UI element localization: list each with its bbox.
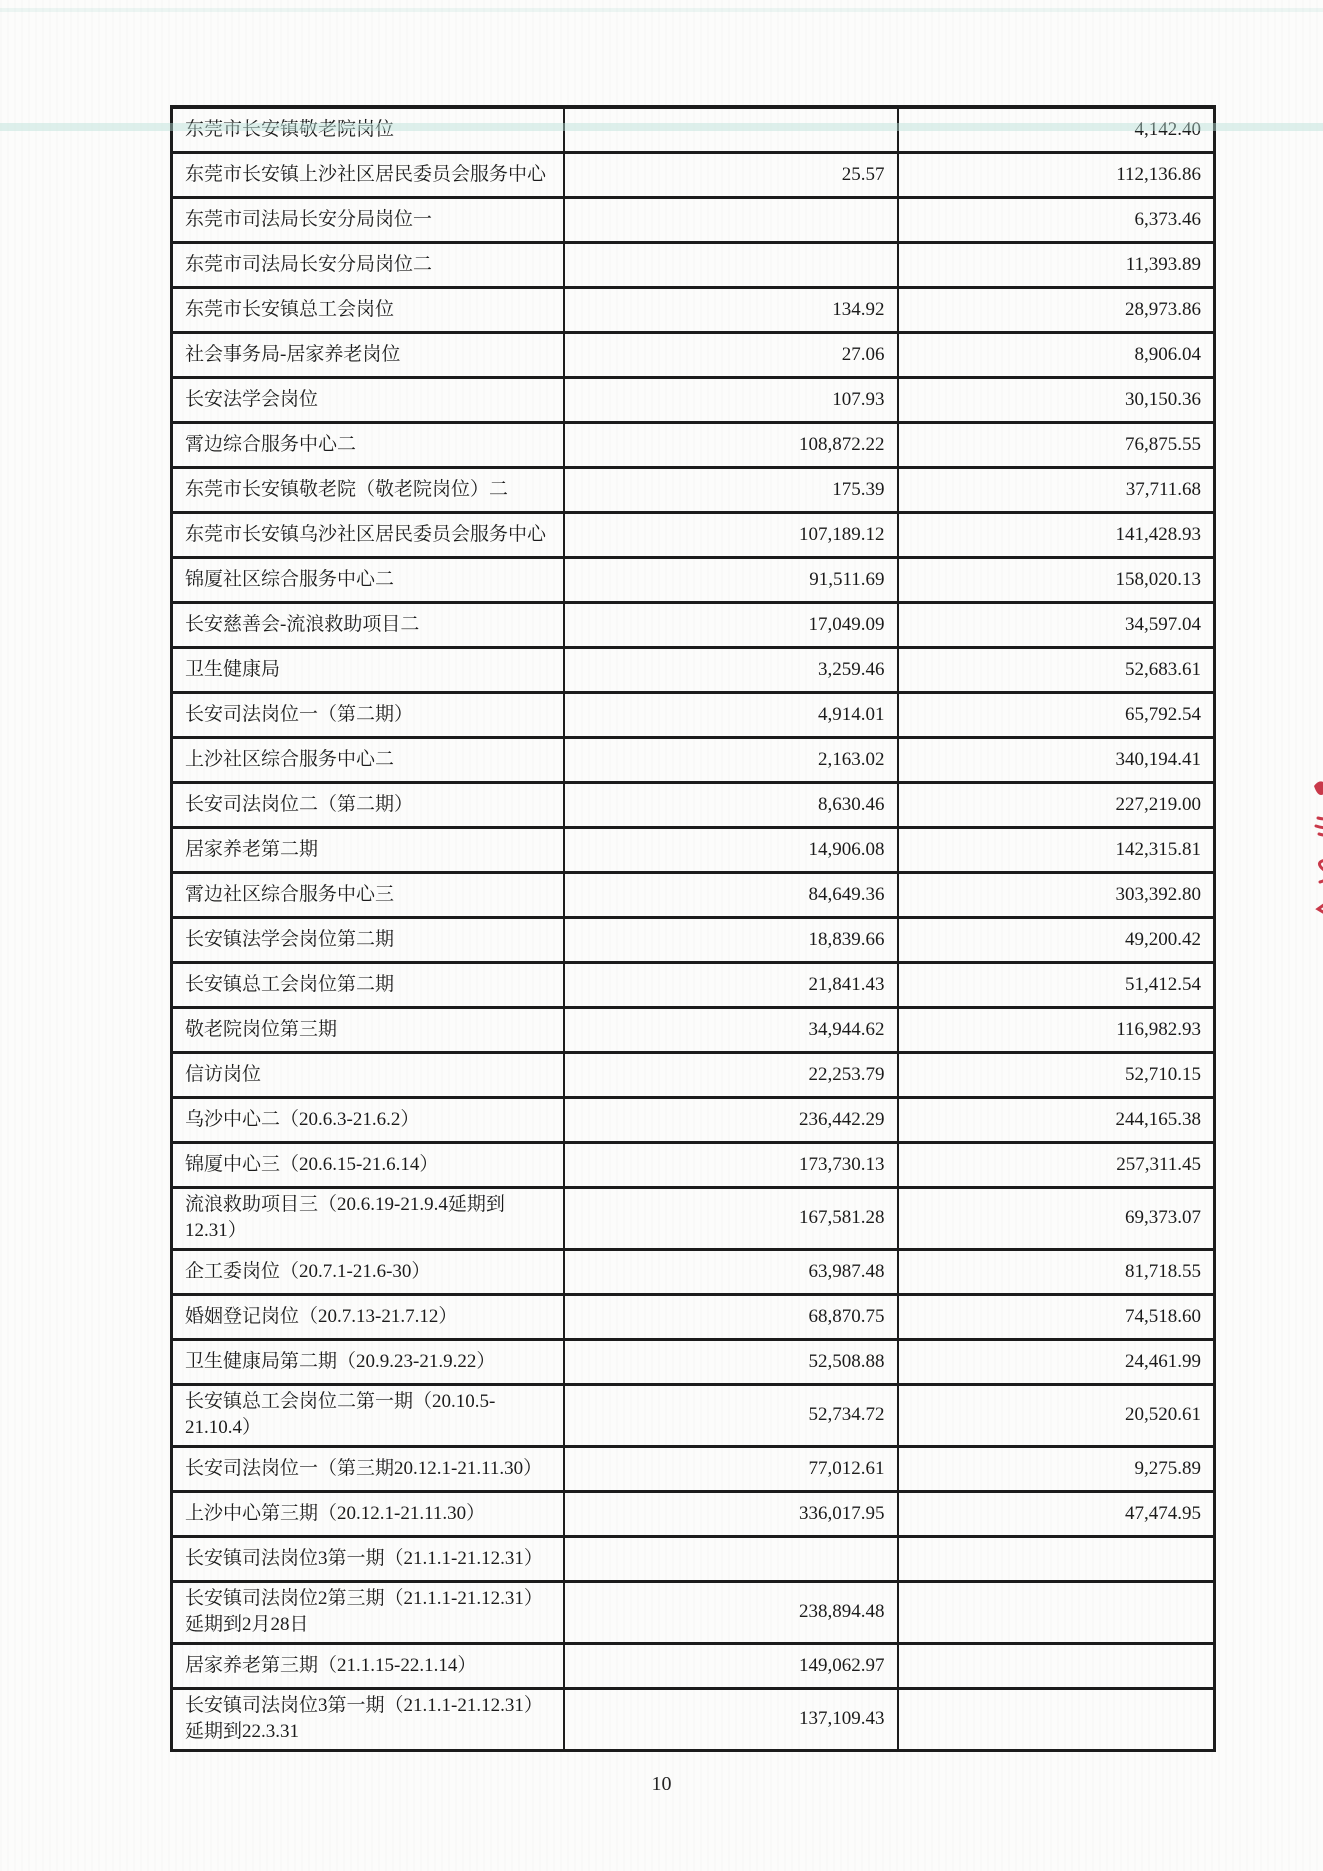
project-name-cell: 居家养老第三期（21.1.15-22.1.14） (172, 1643, 564, 1688)
amount-cell-1: 107,189.12 (564, 512, 898, 557)
table-row: 长安镇总工会岗位二第一期（20.10.5-21.10.4）52,734.7220… (172, 1384, 1215, 1446)
amount-cell-1: 27.06 (564, 332, 898, 377)
amount-cell-1: 17,049.09 (564, 602, 898, 647)
amount-cell-2: 244,165.38 (898, 1097, 1215, 1142)
amount-cell-2: 47,474.95 (898, 1491, 1215, 1536)
project-name-cell: 卫生健康局第二期（20.9.23-21.9.22） (172, 1339, 564, 1384)
page-number: 10 (0, 1773, 1323, 1796)
amount-cell-2: 4,142.40 (898, 107, 1215, 152)
project-name-cell: 乌沙中心二（20.6.3-21.6.2） (172, 1097, 564, 1142)
table-row: 霄边社区综合服务中心三84,649.36303,392.80 (172, 872, 1215, 917)
amount-cell-1: 175.39 (564, 467, 898, 512)
amount-cell-1: 4,914.01 (564, 692, 898, 737)
project-name-cell: 霄边综合服务中心二 (172, 422, 564, 467)
table-row: 居家养老第二期14,906.08142,315.81 (172, 827, 1215, 872)
amount-cell-2: 52,683.61 (898, 647, 1215, 692)
amount-cell-2: 11,393.89 (898, 242, 1215, 287)
project-name-cell: 东莞市长安镇乌沙社区居民委员会服务中心 (172, 512, 564, 557)
amount-cell-1: 238,894.48 (564, 1581, 898, 1643)
project-name-cell: 锦厦社区综合服务中心二 (172, 557, 564, 602)
amount-cell-1: 107.93 (564, 377, 898, 422)
project-name-cell: 长安司法岗位一（第二期） (172, 692, 564, 737)
table-row: 东莞市长安镇敬老院（敬老院岗位）二175.3937,711.68 (172, 467, 1215, 512)
amount-cell-2: 51,412.54 (898, 962, 1215, 1007)
amount-cell-2: 116,982.93 (898, 1007, 1215, 1052)
project-name-cell: 长安司法岗位一（第三期20.12.1-21.11.30） (172, 1446, 564, 1491)
table-row: 长安镇法学会岗位第二期18,839.6649,200.42 (172, 917, 1215, 962)
amount-cell-1: 22,253.79 (564, 1052, 898, 1097)
project-name-cell: 长安司法岗位二（第二期） (172, 782, 564, 827)
table-row: 乌沙中心二（20.6.3-21.6.2）236,442.29244,165.38 (172, 1097, 1215, 1142)
amount-cell-1: 18,839.66 (564, 917, 898, 962)
project-name-cell: 长安镇司法岗位3第一期（21.1.1-21.12.31）延期到22.3.31 (172, 1688, 564, 1750)
table-row: 东莞市长安镇乌沙社区居民委员会服务中心107,189.12141,428.93 (172, 512, 1215, 557)
project-name-cell: 卫生健康局 (172, 647, 564, 692)
table-row: 流浪救助项目三（20.6.19-21.9.4延期到12.31）167,581.2… (172, 1187, 1215, 1249)
table-row: 东莞市司法局长安分局岗位一6,373.46 (172, 197, 1215, 242)
amount-cell-2: 81,718.55 (898, 1249, 1215, 1294)
amount-cell-2: 69,373.07 (898, 1187, 1215, 1249)
amount-cell-1: 77,012.61 (564, 1446, 898, 1491)
amount-cell-2: 142,315.81 (898, 827, 1215, 872)
amount-cell-2 (898, 1643, 1215, 1688)
project-name-cell: 流浪救助项目三（20.6.19-21.9.4延期到12.31） (172, 1187, 564, 1249)
project-name-cell: 长安慈善会-流浪救助项目二 (172, 602, 564, 647)
amount-cell-1: 84,649.36 (564, 872, 898, 917)
amount-cell-1: 2,163.02 (564, 737, 898, 782)
table-row: 锦厦社区综合服务中心二91,511.69158,020.13 (172, 557, 1215, 602)
amount-cell-1: 91,511.69 (564, 557, 898, 602)
amount-cell-1: 8,630.46 (564, 782, 898, 827)
project-name-cell: 上沙社区综合服务中心二 (172, 737, 564, 782)
table-row: 东莞市司法局长安分局岗位二11,393.89 (172, 242, 1215, 287)
table-row: 婚姻登记岗位（20.7.13-21.7.12）68,870.7574,518.6… (172, 1294, 1215, 1339)
table-row: 长安镇司法岗位3第一期（21.1.1-21.12.31） (172, 1536, 1215, 1581)
amount-cell-2: 37,711.68 (898, 467, 1215, 512)
amount-cell-1: 3,259.46 (564, 647, 898, 692)
amount-cell-1: 21,841.43 (564, 962, 898, 1007)
project-name-cell: 企工委岗位（20.7.1-21.6-30） (172, 1249, 564, 1294)
funding-table: 东莞市长安镇敬老院岗位4,142.40东莞市长安镇上沙社区居民委员会服务中心25… (170, 105, 1216, 1752)
amount-cell-2: 20,520.61 (898, 1384, 1215, 1446)
project-name-cell: 敬老院岗位第三期 (172, 1007, 564, 1052)
table-row: 长安司法岗位一（第三期20.12.1-21.11.30）77,012.619,2… (172, 1446, 1215, 1491)
amount-cell-2: 52,710.15 (898, 1052, 1215, 1097)
table-row: 长安司法岗位二（第二期）8,630.46227,219.00 (172, 782, 1215, 827)
amount-cell-2: 74,518.60 (898, 1294, 1215, 1339)
project-name-cell: 居家养老第二期 (172, 827, 564, 872)
table-row: 长安镇司法岗位2第三期（21.1.1-21.12.31）延期到2月28日238,… (172, 1581, 1215, 1643)
amount-cell-1 (564, 242, 898, 287)
amount-cell-1 (564, 107, 898, 152)
project-name-cell: 东莞市长安镇敬老院（敬老院岗位）二 (172, 467, 564, 512)
amount-cell-2: 303,392.80 (898, 872, 1215, 917)
amount-cell-1: 63,987.48 (564, 1249, 898, 1294)
amount-cell-1: 134.92 (564, 287, 898, 332)
table-row: 信访岗位22,253.7952,710.15 (172, 1052, 1215, 1097)
amount-cell-2: 49,200.42 (898, 917, 1215, 962)
amount-cell-2: 30,150.36 (898, 377, 1215, 422)
project-name-cell: 信访岗位 (172, 1052, 564, 1097)
amount-cell-1: 137,109.43 (564, 1688, 898, 1750)
amount-cell-2 (898, 1581, 1215, 1643)
amount-cell-1: 236,442.29 (564, 1097, 898, 1142)
amount-cell-1 (564, 197, 898, 242)
project-name-cell: 东莞市长安镇总工会岗位 (172, 287, 564, 332)
amount-cell-1: 167,581.28 (564, 1187, 898, 1249)
table-row: 上沙社区综合服务中心二2,163.02340,194.41 (172, 737, 1215, 782)
table-row: 社会事务局-居家养老岗位27.068,906.04 (172, 332, 1215, 377)
project-name-cell: 东莞市长安镇上沙社区居民委员会服务中心 (172, 152, 564, 197)
amount-cell-2: 112,136.86 (898, 152, 1215, 197)
project-name-cell: 长安镇总工会岗位第二期 (172, 962, 564, 1007)
amount-cell-2: 24,461.99 (898, 1339, 1215, 1384)
red-seal-fragment-icon (1304, 772, 1323, 922)
amount-cell-1: 336,017.95 (564, 1491, 898, 1536)
project-name-cell: 长安法学会岗位 (172, 377, 564, 422)
amount-cell-2: 28,973.86 (898, 287, 1215, 332)
amount-cell-2: 227,219.00 (898, 782, 1215, 827)
table-row: 卫生健康局3,259.4652,683.61 (172, 647, 1215, 692)
amount-cell-1: 173,730.13 (564, 1142, 898, 1187)
document-page: 东莞市长安镇敬老院岗位4,142.40东莞市长安镇上沙社区居民委员会服务中心25… (0, 0, 1323, 1871)
amount-cell-1 (564, 1536, 898, 1581)
amount-cell-2: 34,597.04 (898, 602, 1215, 647)
amount-cell-1: 14,906.08 (564, 827, 898, 872)
amount-cell-2: 6,373.46 (898, 197, 1215, 242)
amount-cell-1: 52,734.72 (564, 1384, 898, 1446)
amount-cell-1: 108,872.22 (564, 422, 898, 467)
table-row: 东莞市长安镇上沙社区居民委员会服务中心25.57112,136.86 (172, 152, 1215, 197)
amount-cell-2: 340,194.41 (898, 737, 1215, 782)
project-name-cell: 东莞市长安镇敬老院岗位 (172, 107, 564, 152)
amount-cell-2 (898, 1688, 1215, 1750)
amount-cell-1: 34,944.62 (564, 1007, 898, 1052)
table-row: 东莞市长安镇总工会岗位134.9228,973.86 (172, 287, 1215, 332)
table-row: 卫生健康局第二期（20.9.23-21.9.22）52,508.8824,461… (172, 1339, 1215, 1384)
amount-cell-2: 158,020.13 (898, 557, 1215, 602)
table-row: 长安镇司法岗位3第一期（21.1.1-21.12.31）延期到22.3.3113… (172, 1688, 1215, 1750)
project-name-cell: 社会事务局-居家养老岗位 (172, 332, 564, 377)
table-row: 敬老院岗位第三期34,944.62116,982.93 (172, 1007, 1215, 1052)
amount-cell-1: 68,870.75 (564, 1294, 898, 1339)
amount-cell-2 (898, 1536, 1215, 1581)
amount-cell-2: 257,311.45 (898, 1142, 1215, 1187)
table-body: 东莞市长安镇敬老院岗位4,142.40东莞市长安镇上沙社区居民委员会服务中心25… (172, 107, 1215, 1750)
amount-cell-2: 76,875.55 (898, 422, 1215, 467)
amount-cell-2: 9,275.89 (898, 1446, 1215, 1491)
table-row: 长安法学会岗位107.9330,150.36 (172, 377, 1215, 422)
amount-cell-2: 141,428.93 (898, 512, 1215, 557)
project-name-cell: 上沙中心第三期（20.12.1-21.11.30） (172, 1491, 564, 1536)
project-name-cell: 婚姻登记岗位（20.7.13-21.7.12） (172, 1294, 564, 1339)
table-row: 长安镇总工会岗位第二期21,841.4351,412.54 (172, 962, 1215, 1007)
project-name-cell: 东莞市司法局长安分局岗位二 (172, 242, 564, 287)
amount-cell-1: 149,062.97 (564, 1643, 898, 1688)
project-name-cell: 东莞市司法局长安分局岗位一 (172, 197, 564, 242)
table-row: 东莞市长安镇敬老院岗位4,142.40 (172, 107, 1215, 152)
table-row: 上沙中心第三期（20.12.1-21.11.30）336,017.9547,47… (172, 1491, 1215, 1536)
scan-streak-band (0, 8, 1323, 12)
table-row: 长安司法岗位一（第二期）4,914.0165,792.54 (172, 692, 1215, 737)
table-row: 锦厦中心三（20.6.15-21.6.14）173,730.13257,311.… (172, 1142, 1215, 1187)
project-name-cell: 长安镇总工会岗位二第一期（20.10.5-21.10.4） (172, 1384, 564, 1446)
amount-cell-1: 52,508.88 (564, 1339, 898, 1384)
table-row: 霄边综合服务中心二108,872.2276,875.55 (172, 422, 1215, 467)
amount-cell-2: 8,906.04 (898, 332, 1215, 377)
project-name-cell: 长安镇法学会岗位第二期 (172, 917, 564, 962)
project-name-cell: 锦厦中心三（20.6.15-21.6.14） (172, 1142, 564, 1187)
project-name-cell: 霄边社区综合服务中心三 (172, 872, 564, 917)
amount-cell-1: 25.57 (564, 152, 898, 197)
table-row: 居家养老第三期（21.1.15-22.1.14）149,062.97 (172, 1643, 1215, 1688)
table-row: 长安慈善会-流浪救助项目二17,049.0934,597.04 (172, 602, 1215, 647)
project-name-cell: 长安镇司法岗位3第一期（21.1.1-21.12.31） (172, 1536, 564, 1581)
amount-cell-2: 65,792.54 (898, 692, 1215, 737)
table-row: 企工委岗位（20.7.1-21.6-30）63,987.4881,718.55 (172, 1249, 1215, 1294)
project-name-cell: 长安镇司法岗位2第三期（21.1.1-21.12.31）延期到2月28日 (172, 1581, 564, 1643)
